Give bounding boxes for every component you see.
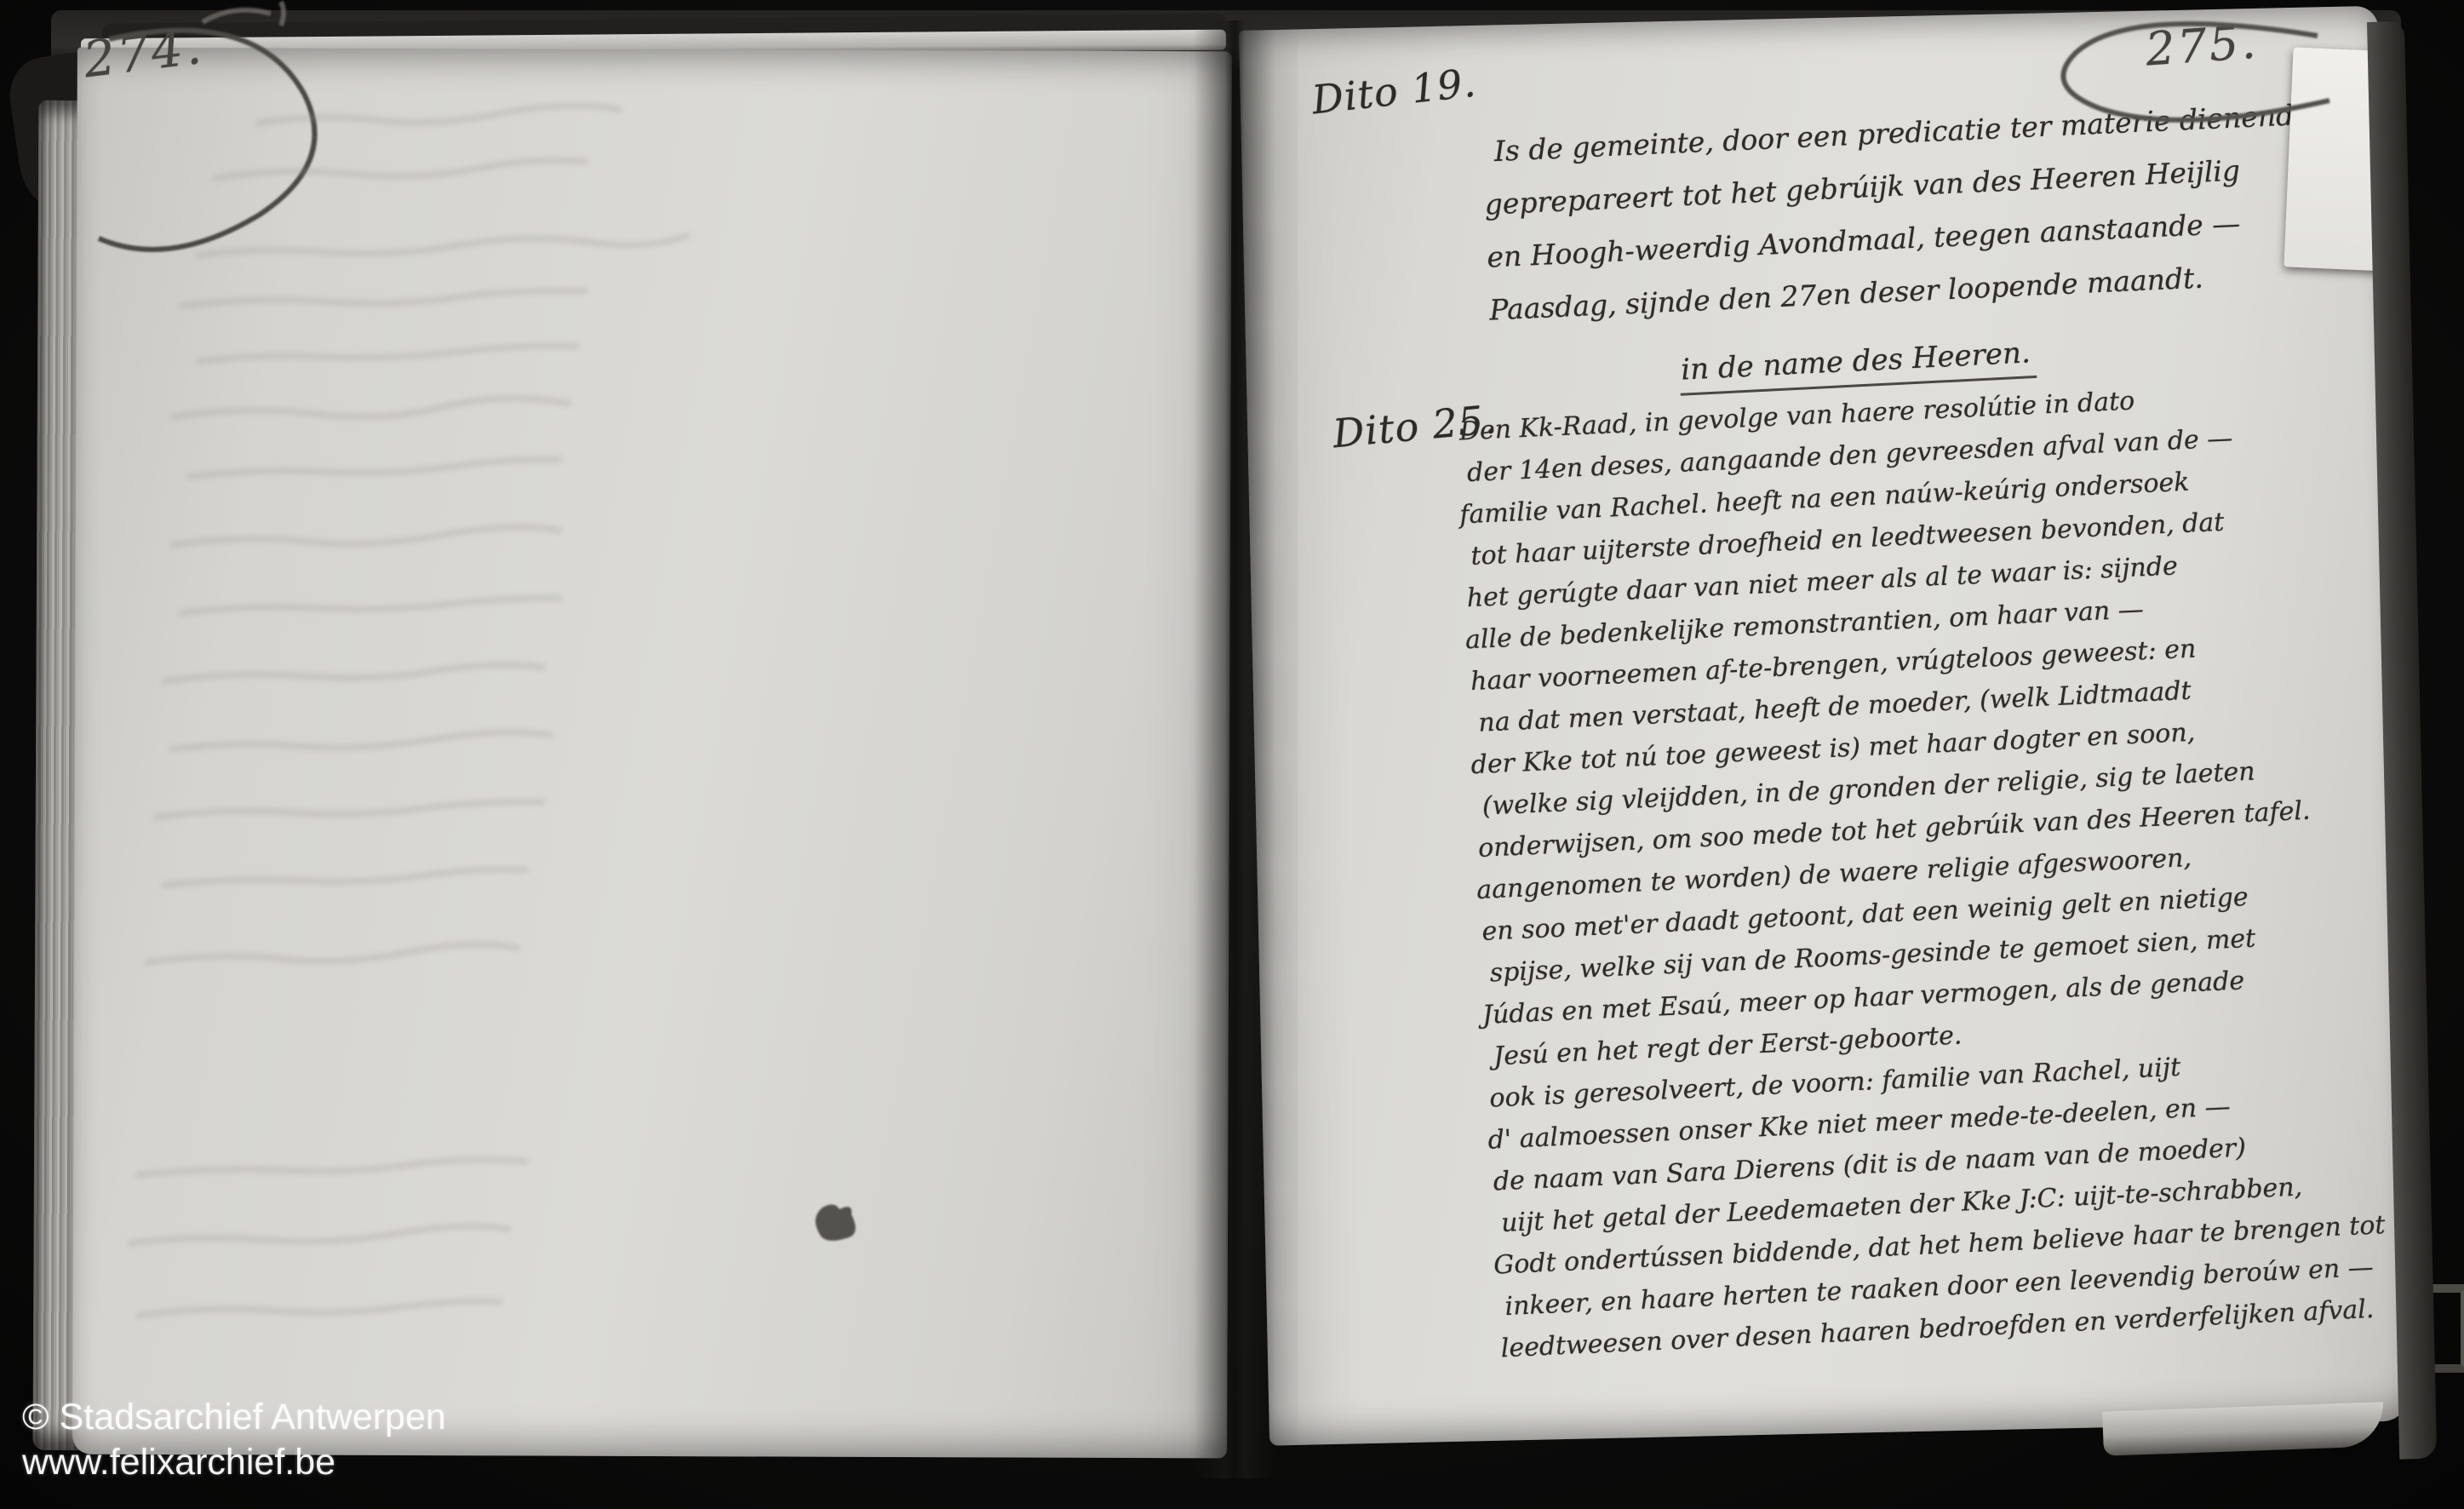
ink-annotations: [0, 0, 2464, 1509]
watermark: © Stadsarchief Antwerpen www.felixarchie…: [22, 1395, 446, 1485]
page-number-circle-right: [2063, 24, 2329, 120]
pencil-scribble: [203, 2, 284, 26]
ink-blot: [816, 1204, 856, 1240]
archive-scan: Dito 19. Is de gemeinte, door een predic…: [0, 0, 2464, 1509]
watermark-url: www.felixarchief.be: [22, 1440, 446, 1485]
page-number-circle-left: [99, 31, 315, 250]
bleed-through-text: [128, 106, 690, 1316]
watermark-copyright: © Stadsarchief Antwerpen: [22, 1395, 446, 1440]
